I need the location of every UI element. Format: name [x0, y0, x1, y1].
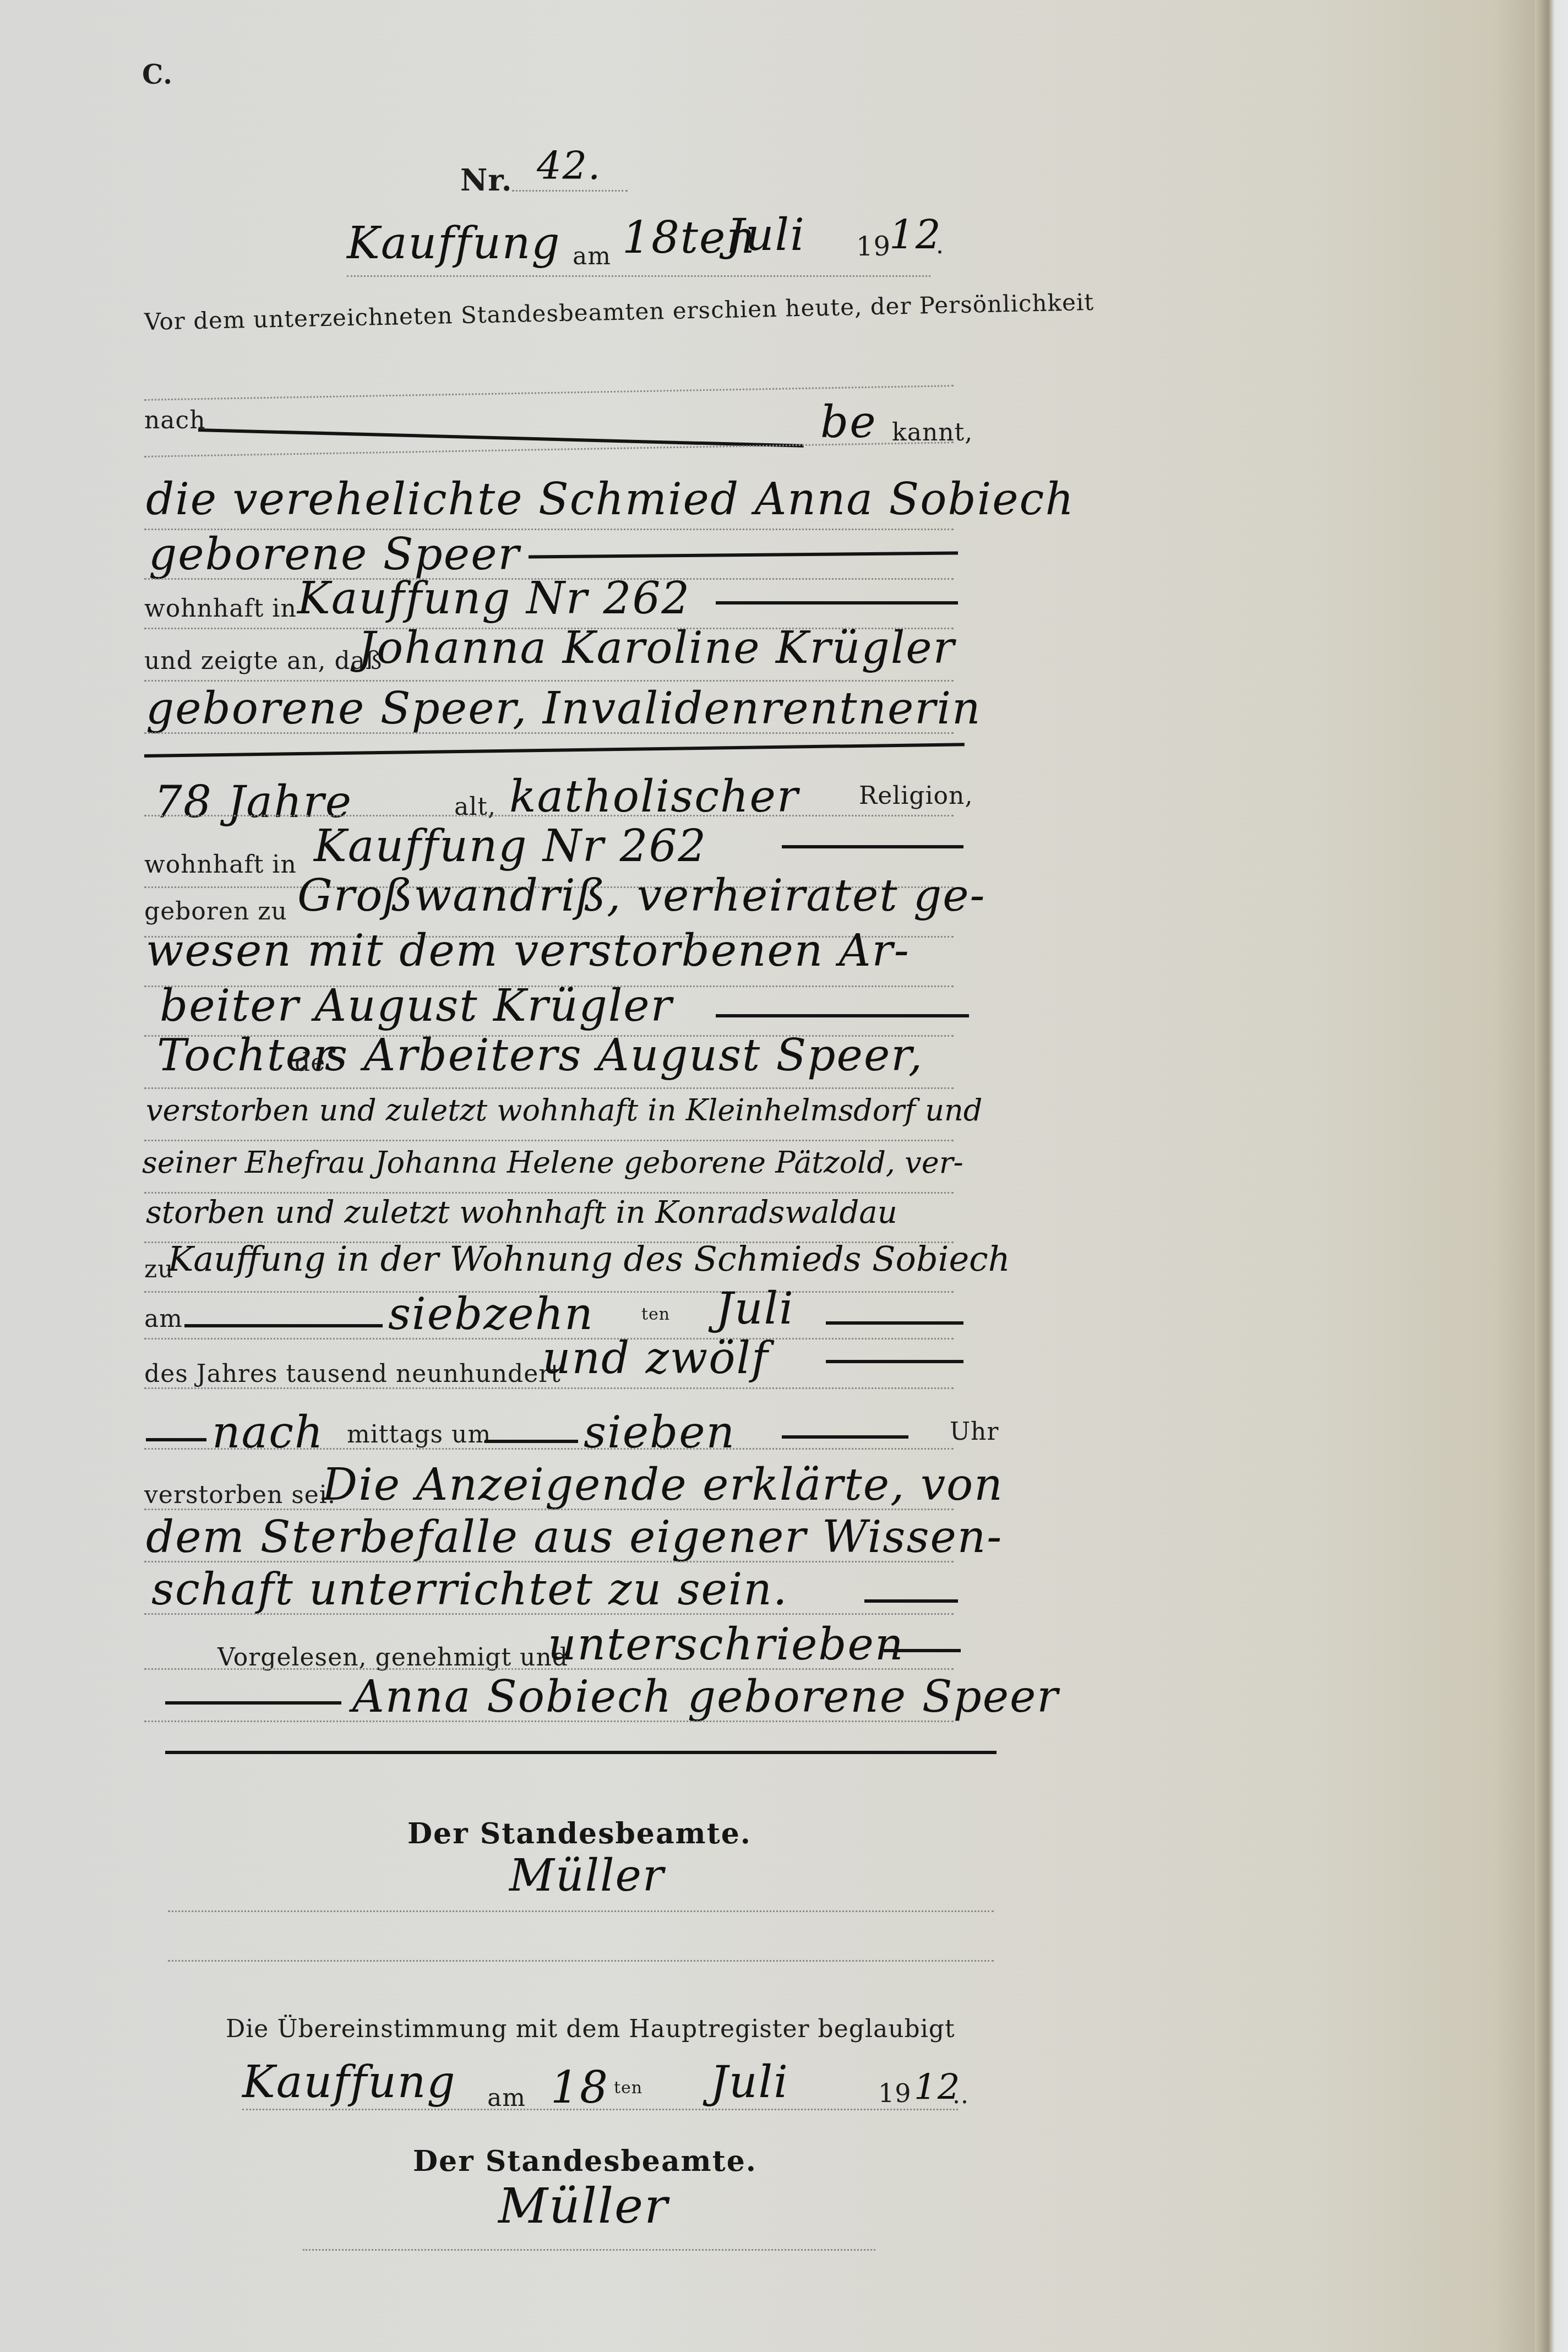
statement-line3: schaft unterrichtet zu sein.: [151, 1564, 788, 1615]
strike-line: [484, 1440, 578, 1443]
informant-signature: Anna Sobiech geborene Speer: [352, 1671, 1059, 1722]
strike-line: [826, 1360, 963, 1363]
strike-line: [782, 845, 963, 848]
dotted-line: [144, 1192, 954, 1194]
dotted-line: [144, 1140, 954, 1141]
strike-line: [529, 552, 958, 559]
header-year-prefix: 19: [856, 231, 891, 262]
dotted-line: [144, 442, 954, 458]
certification-ten-label: ten: [614, 2078, 643, 2098]
certification-month: Juli: [710, 2056, 789, 2108]
mittags-label: mittags um: [347, 1420, 491, 1449]
alt-label: alt,: [454, 793, 496, 821]
header-am-label: am: [573, 242, 611, 270]
death-month: Juli: [716, 1283, 794, 1334]
parents-line3: seiner Ehefrau Johanna Helene geborene P…: [142, 1145, 963, 1180]
verstorben-label: verstorben sei.: [144, 1481, 336, 1509]
certification-place: Kauffung: [242, 2056, 456, 2108]
closing-rule: [165, 1751, 997, 1754]
zeigte-an-label: und zeigte an, daß: [144, 647, 382, 675]
certification-period: ..: [952, 2081, 969, 2109]
dotted-line: [144, 680, 954, 682]
header-place: Kauffung: [347, 217, 560, 269]
strike-line: [826, 1321, 963, 1325]
certification-registrar-signature: Müller: [498, 2177, 668, 2234]
signature-dotted-line: [303, 2249, 875, 2251]
certification-text: Die Übereinstimmung mit dem Hauptregiste…: [226, 2015, 955, 2043]
death-ten-label: ten: [641, 1305, 670, 1324]
deceased-name-line1: Johanna Karoline Krügler: [358, 622, 955, 673]
birth-line2: wesen mit dem verstorbenen Ar-: [146, 925, 910, 976]
certification-am-label: am: [487, 2084, 526, 2112]
birth-line1: Großwandriß, verheiratet ge-: [297, 870, 986, 921]
strike-line: [146, 1438, 206, 1441]
strike-line: [716, 601, 958, 605]
jahres-label: des Jahres tausend neunhundert: [144, 1360, 561, 1388]
certification-registrar-title: Der Standesbeamte.: [413, 2144, 757, 2178]
nr-value: 42.: [537, 143, 601, 188]
uhr-label: Uhr: [950, 1418, 999, 1446]
death-hour-word: sieben: [584, 1407, 736, 1458]
form-letter: C.: [142, 59, 173, 90]
dotted-line: [144, 1509, 954, 1510]
strike-line: [198, 428, 804, 448]
nach-label: nach: [144, 406, 206, 434]
informant-wohnhaft-label: wohnhaft in: [144, 595, 297, 623]
header-month: Juli: [727, 209, 805, 260]
header-dotted-line: [347, 275, 930, 277]
dotted-line: [144, 1613, 954, 1615]
header-period: .: [936, 231, 944, 259]
parents-de-label: de: [295, 1049, 325, 1077]
dotted-line: [144, 1387, 954, 1389]
death-year-words: und zwölf: [542, 1332, 769, 1384]
vorgelesen-label: Vorgelesen, genehmigt und: [217, 1643, 568, 1672]
dotted-line: [144, 1721, 954, 1722]
strike-line: [144, 743, 965, 758]
geboren-label: geboren zu: [144, 897, 287, 925]
strike-line: [165, 1701, 341, 1705]
parents-father: s Arbeiters August Speer,: [325, 1030, 923, 1081]
death-am-label: am: [144, 1305, 183, 1333]
dotted-line: [144, 1448, 954, 1450]
dotted-line: [144, 732, 954, 734]
informant-residence: Kauffung Nr 262: [297, 573, 690, 624]
religion-label: Religion,: [859, 782, 973, 810]
strike-line: [716, 1014, 969, 1017]
intro-text: Vor dem unterzeichneten Standesbeamten e…: [144, 288, 1094, 335]
deceased-wohnhaft-label: wohnhaft in: [144, 851, 297, 879]
parents-line2: verstorben und zuletzt wohnhaft in Klein…: [146, 1093, 982, 1128]
register-page: C. Nr. 42. Kauffung am 18ten Juli 19 12 …: [0, 0, 1542, 2352]
place-of-death: Kauffung in der Wohnung des Schmieds Sob…: [168, 1239, 1010, 1279]
deceased-name-line2: geborene Speer, Invalidenrentnerin: [146, 683, 982, 734]
statement-line1: Die Anzeigende erklärte, von: [322, 1459, 1004, 1510]
bekannt-hand: be: [820, 396, 877, 448]
parents-line4: storben und zuletzt wohnhaft in Konradsw…: [146, 1195, 897, 1231]
death-time-prefix: nach: [212, 1407, 324, 1458]
header-year-suffix: 12: [889, 212, 942, 258]
deceased-residence: Kauffung Nr 262: [314, 820, 707, 872]
dotted-line: [168, 1960, 994, 1962]
nr-dotted-line: [512, 190, 628, 192]
certification-year-prefix: 19: [878, 2078, 912, 2108]
strike-line: [184, 1324, 383, 1327]
strike-line: [864, 1599, 958, 1603]
strike-line: [782, 1435, 908, 1439]
certification-day: 18: [551, 2062, 609, 2113]
registrar-title: Der Standesbeamte.: [407, 1817, 752, 1850]
birth-line3: beiter August Krügler: [160, 980, 673, 1031]
nr-label: Nr.: [460, 162, 513, 198]
dotted-line: [242, 2109, 958, 2110]
dotted-line: [144, 815, 954, 816]
strike-line: [884, 1649, 961, 1652]
informant-line1: die verehelichte Schmied Anna Sobiech: [146, 473, 1075, 525]
signature-dotted-line: [168, 1910, 994, 1912]
dotted-line: [144, 1561, 954, 1562]
registrar-signature: Müller: [509, 1850, 665, 1901]
vorgelesen-hand: unterschrieben: [548, 1619, 904, 1670]
dotted-line: [144, 1668, 954, 1670]
statement-line2: dem Sterbefalle aus eigener Wissen-: [146, 1511, 1003, 1562]
page-edge: [1535, 0, 1568, 2352]
dotted-line: [144, 1087, 954, 1089]
